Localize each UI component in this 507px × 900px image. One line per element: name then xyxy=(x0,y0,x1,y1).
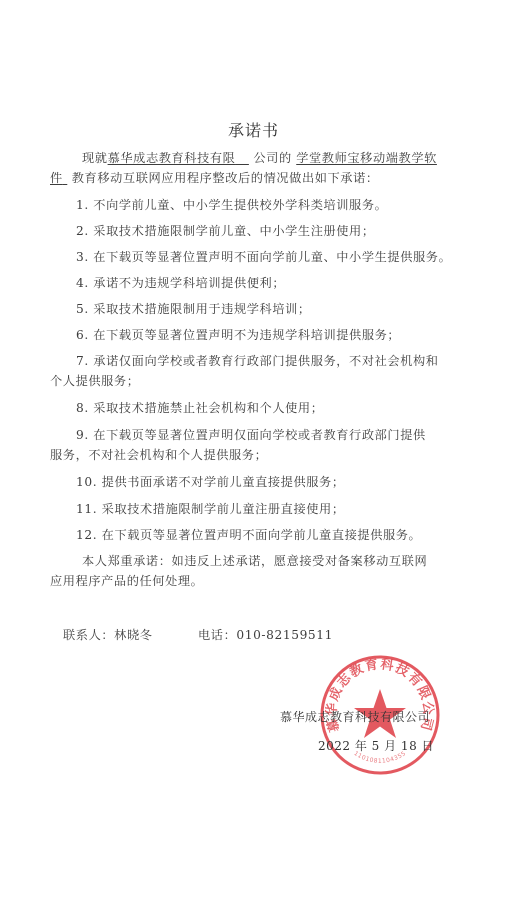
intro-line-1: 现就慕华成志教育科技有限 公司的 学堂教师宝移动端教学软 xyxy=(82,149,437,166)
app-name-field-cont: 件 xyxy=(50,171,63,185)
signature-date: 2022 年 5 月 18 日 xyxy=(318,737,434,754)
contact-phone: 电话：010-82159511 xyxy=(198,626,333,643)
item-5: 5. 采取技术措施限制用于违规学科培训； xyxy=(76,300,311,317)
app-name-field: 学堂教师宝移动端教学软 xyxy=(296,151,437,165)
contact-phone-label: 电话： xyxy=(198,628,236,642)
item-9-cont: 服务，不对社会机构和个人提供服务； xyxy=(50,446,267,463)
item-1: 1. 不向学前儿童、中小学生提供校外学科类培训服务。 xyxy=(76,196,387,213)
intro-line-2: 件 教育移动互联网应用程序整改后的情况做出如下承诺： xyxy=(50,169,379,186)
intro-middle: 公司的 xyxy=(253,151,291,165)
item-2: 2. 采取技术措施限制学前儿童、中小学生注册使用； xyxy=(76,222,375,239)
pledge-line-2: 应用程序产品的任何处理。 xyxy=(50,572,203,589)
company-name-field: 慕华成志教育科技有限 xyxy=(108,151,236,165)
page-title: 承诺书 xyxy=(0,118,507,141)
item-9: 9. 在下载页等显著位置声明仅面向学校或者教育行政部门提供 xyxy=(76,426,426,443)
contact-person: 联系人：林晓冬 xyxy=(63,626,153,643)
document-page: 承诺书 现就慕华成志教育科技有限 公司的 学堂教师宝移动端教学软 件 教育移动互… xyxy=(0,0,507,900)
item-4: 4. 承诺不为违规学科培训提供便利； xyxy=(76,274,285,291)
pledge-line-1: 本人郑重承诺：如违反上述承诺，愿意接受对备案移动互联网 xyxy=(82,552,427,569)
item-10: 10. 提供书面承诺不对学前儿童直接提供服务； xyxy=(76,473,345,490)
contact-phone-number: 010-82159511 xyxy=(236,628,333,642)
signature-company: 慕华成志教育科技有限公司 xyxy=(280,708,430,725)
intro-prefix: 现就 xyxy=(82,151,108,165)
item-3: 3. 在下载页等显著位置声明不面向学前儿童、中小学生提供服务。 xyxy=(76,248,451,265)
item-7-cont: 个人提供服务； xyxy=(50,372,140,389)
item-12: 12. 在下载页等显著位置声明不面向学前儿童直接提供服务。 xyxy=(76,526,421,543)
item-7: 7. 承诺仅面向学校或者教育行政部门提供服务，不对社会机构和 xyxy=(76,352,439,369)
item-6: 6. 在下载页等显著位置声明不为违规学科培训提供服务； xyxy=(76,326,400,343)
contact-person-label: 联系人： xyxy=(63,628,114,642)
item-8: 8. 采取技术措施禁止社会机构和个人使用； xyxy=(76,399,323,416)
intro-suffix: 教育移动互联网应用程序整改后的情况做出如下承诺： xyxy=(72,171,379,185)
contact-person-name: 林晓冬 xyxy=(114,628,152,642)
item-11: 11. 采取技术措施限制学前儿童注册直接使用； xyxy=(76,500,345,517)
